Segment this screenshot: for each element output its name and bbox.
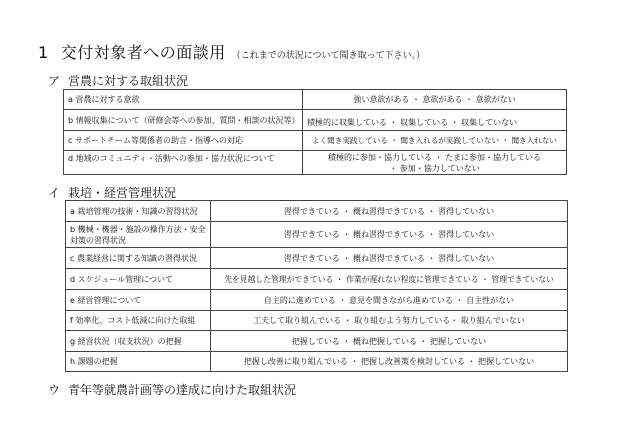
section-mark: ウ	[48, 383, 60, 397]
options-cell[interactable]: よく聞き実践している ・ 聞き入れるが実践していない ・ 聞き入れない	[303, 131, 567, 151]
question-cell: a 営農に対する意欲	[64, 90, 303, 110]
options-cell[interactable]: 把握している ・ 概ね把握している ・ 把握していない	[211, 331, 568, 352]
table-row: e 経営管理について 自主的に進めている ・ 意見を聞きながら進めている ・ 自…	[66, 290, 568, 311]
question-cell: c 農業経営に関する知識の習得状況	[66, 248, 211, 269]
table-row: h 課題の把握 把握し改善に取り組んでいる ・ 把握し改善策を検討している ・ …	[66, 352, 568, 372]
options-cell[interactable]: 先を見越した管理ができている ・ 作業が遅れない程度に管理できている ・ 管理で…	[211, 269, 568, 290]
options-cell[interactable]: 積極的に参加・協力している ・ たまに参加・協力している ・ 参加・協力していな…	[303, 151, 567, 175]
section-c-heading: ウ青年等就農計画等の達成に向けた取組状況	[48, 381, 296, 398]
question-cell: b 情報収集について（研修会等への参加、質問・相談の状況等）	[64, 110, 303, 131]
table-row: c 農業経営に関する知識の習得状況 習得できている ・ 概ね習得できている ・ …	[66, 248, 568, 269]
table-row: c サポートチーム等関係者の助言・指導への対応 よく聞き実践している ・ 聞き入…	[64, 131, 567, 151]
page-title: 1交付対象者への面談用（これまでの状況について聞き取って下さい。）	[38, 40, 425, 63]
heading-text: 交付対象者への面談用	[61, 43, 226, 62]
table-row: b 機械・機器・施設の操作方法・安全対策の習得状況 習得できている ・ 概ね習得…	[66, 222, 568, 248]
question-cell: h 課題の把握	[66, 352, 211, 372]
options-cell[interactable]: 習得できている ・ 概ね習得できている ・ 習得していない	[211, 201, 568, 222]
options-cell[interactable]: 習得できている ・ 概ね習得できている ・ 習得していない	[211, 248, 568, 269]
table-cultivation-management: a 栽培管理の技術・知識の習得状況 習得できている ・ 概ね習得できている ・ …	[65, 200, 568, 372]
section-mark: イ	[48, 186, 60, 200]
section-title: 営農に対する取組状況	[68, 74, 188, 88]
options-cell[interactable]: 自主的に進めている ・ 意見を聞きながら進めている ・ 自主性がない	[211, 290, 568, 311]
options-line-2: ・ 参加・協力していない	[307, 163, 562, 174]
question-cell: f 効率化、コスト低減に向けた取組	[66, 311, 211, 331]
table-row: b 情報収集について（研修会等への参加、質問・相談の状況等） 積極的に収集してい…	[64, 110, 567, 131]
question-cell: c サポートチーム等関係者の助言・指導への対応	[64, 131, 303, 151]
options-cell[interactable]: 習得できている ・ 概ね習得できている ・ 習得していない	[211, 222, 568, 248]
options-cell[interactable]: 工夫して取り組んでいる ・ 取り組むよう努力している・ 取り組んでいない	[211, 311, 568, 331]
options-cell[interactable]: 積極的に収集している ・ 収集している ・ 収集していない	[303, 110, 567, 131]
question-cell: d スケジュール管理について	[66, 269, 211, 290]
question-cell: a 栽培管理の技術・知識の習得状況	[66, 201, 211, 222]
table-row: d スケジュール管理について 先を見越した管理ができている ・ 作業が遅れない程…	[66, 269, 568, 290]
table-row: g 経営状況（収支状況）の把握 把握している ・ 概ね把握している ・ 把握して…	[66, 331, 568, 352]
heading-number: 1	[38, 43, 49, 62]
question-cell: d 地域のコミュニティ・活動への参加・協力状況について	[64, 151, 303, 175]
section-b-heading: イ栽培・経営管理状況	[48, 184, 176, 201]
table-farming-efforts: a 営農に対する意欲 強い意欲がある ・ 意欲がある ・ 意欲がない b 情報収…	[63, 89, 567, 175]
heading-note: （これまでの状況について聞き取って下さい。）	[232, 51, 425, 61]
section-title: 栽培・経営管理状況	[68, 186, 176, 200]
question-cell: g 経営状況（収支状況）の把握	[66, 331, 211, 352]
question-cell: b 機械・機器・施設の操作方法・安全対策の習得状況	[66, 222, 211, 248]
options-line-1: 積極的に参加・協力している ・ たまに参加・協力している	[307, 152, 562, 163]
question-cell: e 経営管理について	[66, 290, 211, 311]
options-cell[interactable]: 把握し改善に取り組んでいる ・ 把握し改善策を検討している ・ 把握していない	[211, 352, 568, 372]
section-mark: ア	[48, 74, 60, 88]
table-row: a 営農に対する意欲 強い意欲がある ・ 意欲がある ・ 意欲がない	[64, 90, 567, 110]
table-row: d 地域のコミュニティ・活動への参加・協力状況について 積極的に参加・協力してい…	[64, 151, 567, 175]
options-cell[interactable]: 強い意欲がある ・ 意欲がある ・ 意欲がない	[303, 90, 567, 110]
section-a-heading: ア営農に対する取組状況	[48, 72, 188, 89]
table-row: a 栽培管理の技術・知識の習得状況 習得できている ・ 概ね習得できている ・ …	[66, 201, 568, 222]
table-row: f 効率化、コスト低減に向けた取組 工夫して取り組んでいる ・ 取り組むよう努力…	[66, 311, 568, 331]
section-title: 青年等就農計画等の達成に向けた取組状況	[68, 383, 296, 397]
